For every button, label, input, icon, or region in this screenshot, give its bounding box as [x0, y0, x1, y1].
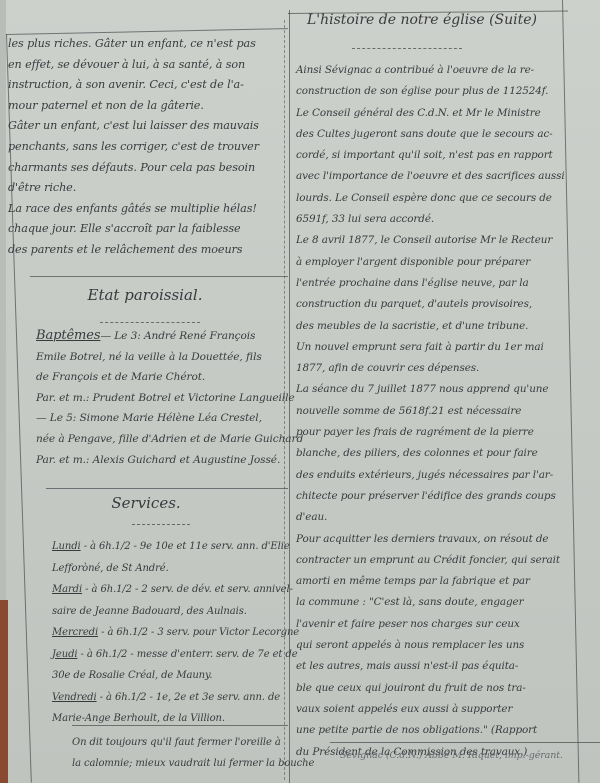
baptemes-label: Baptêmes — [36, 328, 100, 343]
text-line: — Le 3: André René François — [100, 330, 255, 342]
section-divider — [46, 488, 288, 489]
text-line: la calomnie; mieux vaudrait lui fermer l… — [72, 753, 314, 774]
column-brace — [284, 20, 291, 780]
text-line: une petite partie de nos obligations." (… — [296, 720, 565, 741]
text-line: La séance du 7 juillet 1877 nous apprend… — [296, 379, 565, 400]
service-mercredi: Mercredi - à 6h.1/2 - 3 serv. pour Victo… — [52, 622, 299, 644]
text-line: La race des enfants gâtés se multiplie h… — [8, 199, 259, 220]
etat-paroissial-title: Etat paroissial. — [30, 286, 260, 304]
text-line: instruction, à son avenir. Ceci, c'est d… — [8, 75, 259, 96]
section-divider — [30, 276, 288, 277]
history-title: L'histoire de notre église (Suite) — [292, 12, 552, 28]
text-line: en effet, se dévouer à lui, à sa santé, … — [8, 55, 259, 76]
text-line: - à 6h.1/2 - 3 serv. pour Victor Lecorgn… — [98, 627, 299, 638]
title-ornament — [100, 318, 200, 323]
title-ornament — [352, 44, 462, 49]
text-line: Lefforòné, de St André. — [52, 558, 299, 580]
text-line: construction de son église pour plus de … — [296, 81, 565, 102]
text-line: Gâter un enfant, c'est lui laisser des m… — [8, 116, 259, 137]
text-line: Ainsi Sévignac a contribué à l'oeuvre de… — [296, 60, 565, 81]
text-line: lourds. Le Conseil espère donc que ce se… — [296, 188, 565, 209]
footer-divider — [330, 742, 600, 743]
text-line: construction du parquet, d'autels provis… — [296, 294, 565, 315]
text-line: — Le 5: Simone Marie Hélène Léa Crestel, — [36, 408, 303, 429]
text-line: cordé, si important qu'il soit, n'est pa… — [296, 145, 565, 166]
text-line: - à 6h.1/2 - messe d'enterr. serv. de 7e… — [77, 649, 297, 660]
page-edge — [0, 600, 8, 783]
text-line: 1877, afin de couvrir ces dépenses. — [296, 358, 565, 379]
service-vendredi: Vendredi - à 6h.1/2 - 1e, 2e et 3e serv.… — [52, 687, 299, 709]
text-line: l'avenir et faire peser nos charges sur … — [296, 614, 565, 635]
section-divider — [72, 725, 288, 726]
title-ornament — [132, 520, 190, 525]
text-line: Pour acquitter les derniers travaux, on … — [296, 529, 565, 550]
service-jeudi: Jeudi - à 6h.1/2 - messe d'enterr. serv.… — [52, 644, 299, 666]
service-mardi: Mardi - à 6h.1/2 - 2 serv. de dév. et se… — [52, 579, 299, 601]
left-intro-text: les plus riches. Gâter un enfant, ce n'e… — [8, 34, 259, 261]
text-line: charmants ses défauts. Pour cela pas bes… — [8, 158, 259, 179]
text-line: nouvelle somme de 5618f.21 est nécessair… — [296, 401, 565, 422]
baptemes-section: Baptêmes— Le 3: André René François Emil… — [36, 326, 303, 470]
text-line: d'eau. — [296, 507, 565, 528]
text-line: chaque jour. Elle s'accroît par la faibl… — [8, 219, 259, 240]
text-line: Par. et m.: Prudent Botrel et Victorine … — [36, 388, 303, 409]
history-text: Ainsi Sévignac a contribué à l'oeuvre de… — [296, 60, 565, 763]
text-line: des meubles de la sacristie, et d'une tr… — [296, 316, 565, 337]
day-label: Lundi — [52, 541, 81, 552]
text-line: Emile Botrel, né la veille à la Douettée… — [36, 347, 303, 368]
text-line: ble que ceux qui jouiront du fruit de no… — [296, 678, 565, 699]
text-line: Un nouvel emprunt sera fait à partir du … — [296, 337, 565, 358]
text-line: penchants, sans les corriger, c'est de t… — [8, 137, 259, 158]
text-line: 6591f, 33 lui sera accordé. — [296, 209, 565, 230]
text-line: Le Conseil général des C.d.N. et Mr le M… — [296, 103, 565, 124]
text-line: - à 6h.1/2 - 2 serv. de dév. et serv. an… — [82, 584, 293, 595]
text-line: née à Pengave, fille d'Adrien et de Mari… — [36, 429, 303, 450]
text-line: Marie-Ange Berhoult, de la Villion. — [52, 708, 299, 730]
text-line: l'entrée prochaine dans l'église neuve, … — [296, 273, 565, 294]
bapteme-line-1: Baptêmes— Le 3: André René François — [36, 326, 303, 347]
services-list: Lundi - à 6h.1/2 - 9e 10e et 11e serv. a… — [52, 536, 299, 730]
text-line: vaux soient appelés eux aussi à supporte… — [296, 699, 565, 720]
day-label: Vendredi — [52, 692, 97, 703]
text-line: les plus riches. Gâter un enfant, ce n'e… — [8, 34, 259, 55]
text-line: chitecte pour préserver l'édifice des gr… — [296, 486, 565, 507]
text-line: mour paternel et non de la gâterie. — [8, 96, 259, 117]
text-line: contracter un emprunt au Crédit foncier,… — [296, 550, 565, 571]
service-lundi: Lundi - à 6h.1/2 - 9e 10e et 11e serv. a… — [52, 536, 299, 558]
day-label: Mardi — [52, 584, 82, 595]
text-line: On dit toujours qu'il faut fermer l'orei… — [72, 732, 314, 753]
text-line: - à 6h.1/2 - 1e, 2e et 3e serv. ann. de — [97, 692, 281, 703]
text-line: avec l'importance de l'oeuvre et des sac… — [296, 166, 565, 187]
day-label: Mercredi — [52, 627, 98, 638]
printer-footer: Sévignac (C.d.N.) Abbé M. Riquet, imp.-g… — [340, 746, 563, 767]
text-line: blanche, des piliers, des colonnes et po… — [296, 443, 565, 464]
text-line: Par. et m.: Alexis Guichard et Augustine… — [36, 450, 303, 471]
text-line: et les autres, mais aussi n'est-il pas é… — [296, 656, 565, 677]
text-line: à employer l'argent disponible pour prép… — [296, 252, 565, 273]
text-line: de François et de Marie Chérot. — [36, 367, 303, 388]
text-line: - à 6h.1/2 - 9e 10e et 11e serv. ann. d'… — [81, 541, 290, 552]
text-line: Le 8 avril 1877, le Conseil autorise Mr … — [296, 230, 565, 251]
text-line: 30e de Rosalie Créal, de Mauny. — [52, 665, 299, 687]
text-line: pour payer les frais de ragrément de la … — [296, 422, 565, 443]
text-line: amorti en même temps par la fabrique et … — [296, 571, 565, 592]
services-title: Services. — [46, 494, 246, 512]
text-line: d'être riche. — [8, 178, 259, 199]
proverb: On dit toujours qu'il faut fermer l'orei… — [72, 732, 314, 774]
text-line: des Cultes jugeront sans doute que le se… — [296, 124, 565, 145]
text-line: des parents et le relâchement des moeurs — [8, 240, 259, 261]
text-line: saire de Jeanne Badouard, des Aulnais. — [52, 601, 299, 623]
text-line: des enduits extérieurs, jugés nécessaire… — [296, 465, 565, 486]
text-line: qui seront appelés à nous remplacer les … — [296, 635, 565, 656]
text-line: la commune : "C'est là, sans doute, enga… — [296, 592, 565, 613]
day-label: Jeudi — [52, 649, 77, 660]
